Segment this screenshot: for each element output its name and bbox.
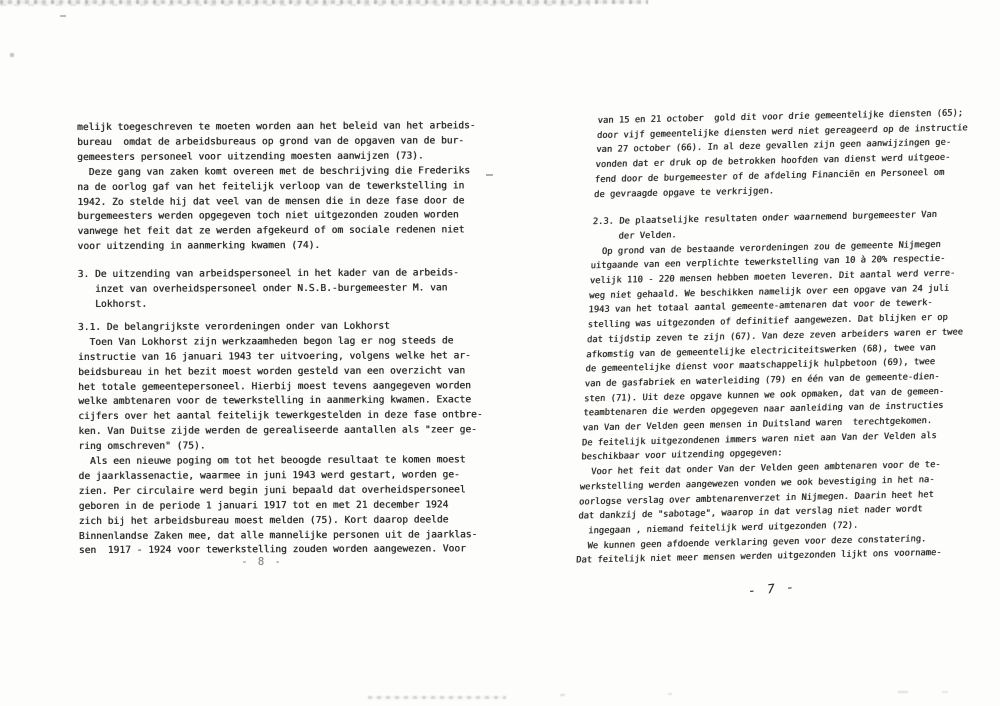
page-number: - 8 - <box>77 556 447 568</box>
text-line: Toen Van Lokhorst zijn werkzaamheden beg… <box>78 334 482 351</box>
text-line: inzet van overheidspersoneel onder N.S.B… <box>78 281 482 298</box>
text-line: cijfers over het aantal feitelijk tewerk… <box>78 409 482 426</box>
text-line: beidsbureau in het bezit moest worden ge… <box>78 364 482 381</box>
paragraph: 3. De uitzending van arbeidspersoneel in… <box>78 266 483 312</box>
scan-artifact-top-edge <box>0 0 648 4</box>
paragraph: Als een nieuwe poging om tot het beoogde… <box>78 453 483 559</box>
text-line: ken. Van Duitse zijde werden de gerealis… <box>78 423 482 440</box>
text-line: het totale gemeentepersoneel. Hierbij mo… <box>78 379 482 396</box>
text-line: ring omschreven" (75). <box>78 438 482 455</box>
paragraph: Toen Van Lokhorst zijn werkzaamheden beg… <box>78 334 483 455</box>
text-line: 3. De uitzending van arbeidspersoneel in… <box>78 266 482 283</box>
paragraph: van 15 en 21 october gold dit voor drie … <box>594 106 974 202</box>
scan-artifact-bottom-edge <box>368 696 506 699</box>
text-line: vanwege het feit dat ze werden afgekeurd… <box>77 224 481 241</box>
text-line: instructie van 16 januari 1943 ter uitvo… <box>78 349 482 366</box>
paragraph: Deze gang van zaken komt overeen met de … <box>77 164 482 255</box>
text-line: zich bij het arbeidsbureau moest melden … <box>79 513 483 530</box>
scan-artifact-speck <box>560 694 565 696</box>
text-line: Deze gang van zaken komt overeen met de … <box>77 164 481 181</box>
page-7-text-column: van 15 en 21 october gold dit voor drie … <box>576 106 974 569</box>
text-line: burgemeesters werden opgegeven toch niet… <box>77 209 481 226</box>
paragraph: Op grond van de bestaande verordeningen … <box>581 237 968 466</box>
text-line: 3.1. De belangrijkste verordeningen onde… <box>78 319 482 336</box>
document-scan: melijk toegeschreven te moeten worden aa… <box>0 0 1000 706</box>
text-line: Lokhorst. <box>78 296 482 313</box>
scan-artifact-speck <box>942 691 948 693</box>
page-number: - 7 - <box>747 579 796 598</box>
paragraph: 3.1. De belangrijkste verordeningen onde… <box>78 319 482 336</box>
text-line: bureau omdat de arbeidsbureaus op grond … <box>77 134 481 151</box>
text-line: Als een nieuwe poging om tot het beoogde… <box>78 453 482 470</box>
text-line: welke ambtenaren voor de tewerkstelling … <box>78 394 482 411</box>
text-line: gemeesters personeel voor uitzending moe… <box>77 149 481 166</box>
scan-artifact-speck <box>60 15 66 17</box>
text-line: de jaarklassenactie, waarmee in juni 194… <box>79 468 483 485</box>
text-line: zien. Per circulaire werd begin juni bep… <box>79 483 483 500</box>
scan-artifact-speck <box>10 53 14 57</box>
page-8-text-column: melijk toegeschreven te moeten worden aa… <box>77 119 483 559</box>
text-line: 1942. Zo stelde hij dat veel van de mens… <box>77 194 481 211</box>
text-line: melijk toegeschreven te moeten worden aa… <box>77 119 481 136</box>
paragraph: Voor het feit dat onder Van der Velden g… <box>576 458 957 569</box>
scan-artifact-speck <box>898 691 908 693</box>
paragraph: melijk toegeschreven te moeten worden aa… <box>77 119 482 165</box>
scan-artifact-speck <box>668 693 672 695</box>
text-line: na de oorlog gaf van het feitelijk verlo… <box>77 179 481 196</box>
scan-artifact-speck <box>486 174 493 176</box>
text-line: voor uitzending in aanmerking kwamen (74… <box>78 238 482 255</box>
scan-artifact-top-edge-faint <box>0 4 590 6</box>
text-line: geboren in de periode 1 januari 1917 tot… <box>79 498 483 515</box>
text-line: Binnenlandse Zaken mee, dat alle manneli… <box>79 528 483 545</box>
